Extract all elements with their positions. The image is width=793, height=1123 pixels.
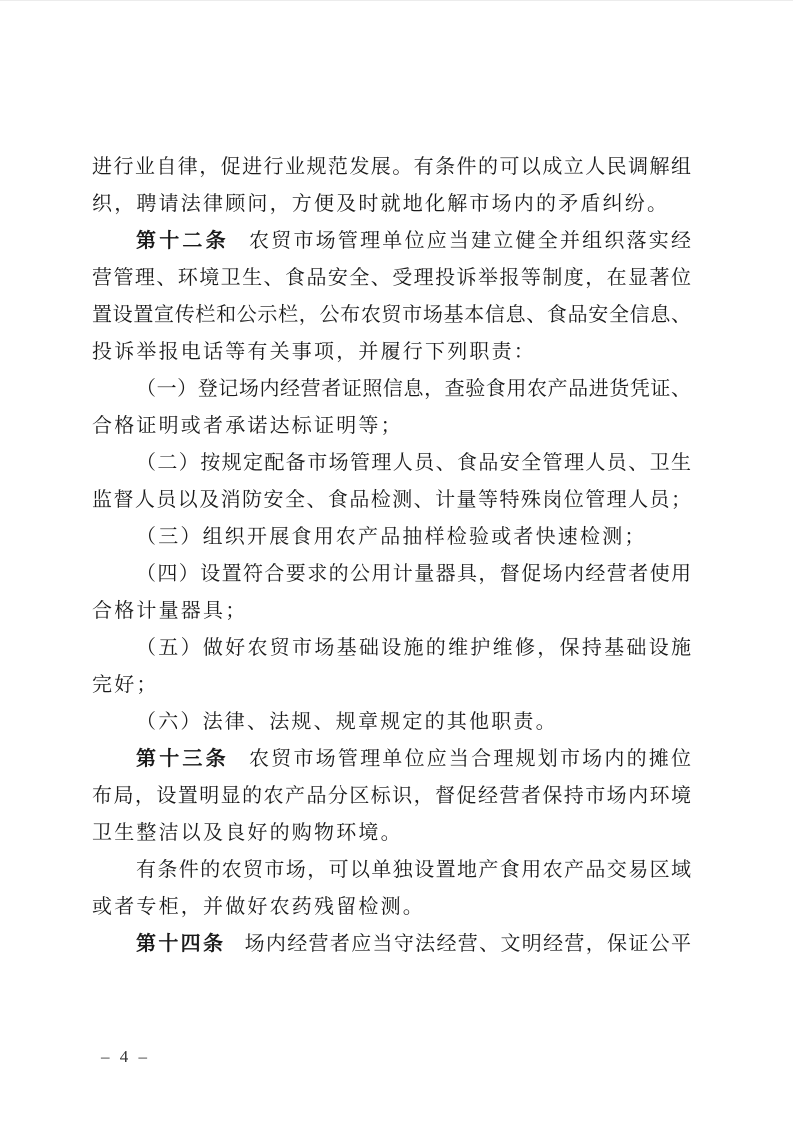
text-line: 第十四条场内经营者应当守法经营、文明经营，保证公平 — [92, 926, 691, 963]
line-text: 布局，设置明显的农产品分区标识，督促经营者保持市场内环境 — [92, 785, 691, 807]
text-line: 合格证明或者承诺达标证明等； — [92, 408, 691, 445]
line-text: 有条件的农贸市场，可以单独设置地产食用农产品交易区域 — [136, 859, 691, 881]
text-line: 投诉举报电话等有关事项，并履行下列职责： — [92, 334, 691, 371]
line-text: 农贸市场管理单位应当合理规划市场内的摊位 — [247, 748, 691, 770]
text-line: 合格计量器具； — [92, 593, 691, 630]
line-text: 投诉举报电话等有关事项，并履行下列职责： — [92, 341, 536, 363]
text-line: 第十三条农贸市场管理单位应当合理规划市场内的摊位 — [92, 741, 691, 778]
text-line: （四）设置符合要求的公用计量器具，督促场内经营者使用 — [92, 556, 691, 593]
document-body: 进行业自律，促进行业规范发展。有条件的可以成立人民调解组织，聘请法律顾问，方便及… — [92, 149, 691, 963]
text-line: （三）组织开展食用农产品抽样检验或者快速检测； — [92, 519, 691, 556]
line-text: （一）登记场内经营者证照信息，查验食用农产品进货凭证、 — [136, 378, 691, 400]
line-text: 织，聘请法律顾问，方便及时就地化解市场内的矛盾纠纷。 — [92, 193, 669, 215]
text-line: 第十二条农贸市场管理单位应当建立健全并组织落实经 — [92, 223, 691, 260]
text-line: 监督人员以及消防安全、食品检测、计量等特殊岗位管理人员； — [92, 482, 691, 519]
line-text: （四）设置符合要求的公用计量器具，督促场内经营者使用 — [136, 563, 691, 585]
article-number: 第十二条 — [136, 230, 229, 252]
line-text: 合格证明或者承诺达标证明等； — [92, 415, 403, 437]
term-gap — [225, 949, 243, 950]
article-number: 第十三条 — [136, 748, 229, 770]
text-line: 置设置宣传栏和公示栏，公布农贸市场基本信息、食品安全信息、 — [92, 297, 691, 334]
line-text: （二）按规定配备市场管理人员、食品安全管理人员、卫生 — [136, 452, 691, 474]
text-line: 营管理、环境卫生、食品安全、受理投诉举报等制度，在显著位 — [92, 260, 691, 297]
line-text: 完好； — [92, 674, 159, 696]
text-line: 织，聘请法律顾问，方便及时就地化解市场内的矛盾纠纷。 — [92, 186, 691, 223]
page-number-label: – 4 – — [101, 1047, 150, 1066]
text-line: 卫生整洁以及良好的购物环境。 — [92, 815, 691, 852]
line-text: 合格计量器具； — [92, 600, 247, 622]
line-text: 监督人员以及消防安全、食品检测、计量等特殊岗位管理人员； — [92, 489, 691, 511]
text-line: 布局，设置明显的农产品分区标识，督促经营者保持市场内环境 — [92, 778, 691, 815]
term-gap — [229, 246, 247, 247]
page-number: – 4 – — [101, 1047, 150, 1067]
line-text: 或者专柜，并做好农药残留检测。 — [92, 896, 425, 918]
line-text: 营管理、环境卫生、食品安全、受理投诉举报等制度，在显著位 — [92, 267, 691, 289]
term-gap — [229, 764, 247, 765]
text-line: （六）法律、法规、规章规定的其他职责。 — [92, 704, 691, 741]
text-line: （一）登记场内经营者证照信息，查验食用农产品进货凭证、 — [92, 371, 691, 408]
line-text: （六）法律、法规、规章规定的其他职责。 — [136, 711, 558, 733]
text-line: 有条件的农贸市场，可以单独设置地产食用农产品交易区域 — [92, 852, 691, 889]
text-line: 完好； — [92, 667, 691, 704]
line-text: 置设置宣传栏和公示栏，公布农贸市场基本信息、食品安全信息、 — [92, 304, 691, 326]
line-text: 进行业自律，促进行业规范发展。有条件的可以成立人民调解组 — [92, 156, 691, 178]
line-text: （三）组织开展食用农产品抽样检验或者快速检测； — [136, 526, 647, 548]
document-page: 进行业自律，促进行业规范发展。有条件的可以成立人民调解组织，聘请法律顾问，方便及… — [0, 0, 793, 1123]
text-line: （五）做好农贸市场基础设施的维护维修，保持基础设施 — [92, 630, 691, 667]
line-text: 卫生整洁以及良好的购物环境。 — [92, 822, 403, 844]
line-text: 场内经营者应当守法经营、文明经营，保证公平 — [243, 933, 691, 955]
line-text: 农贸市场管理单位应当建立健全并组织落实经 — [247, 230, 691, 252]
line-text: （五）做好农贸市场基础设施的维护维修，保持基础设施 — [136, 637, 691, 659]
text-line: 进行业自律，促进行业规范发展。有条件的可以成立人民调解组 — [92, 149, 691, 186]
text-line: （二）按规定配备市场管理人员、食品安全管理人员、卫生 — [92, 445, 691, 482]
article-number: 第十四条 — [136, 933, 225, 955]
text-line: 或者专柜，并做好农药残留检测。 — [92, 889, 691, 926]
